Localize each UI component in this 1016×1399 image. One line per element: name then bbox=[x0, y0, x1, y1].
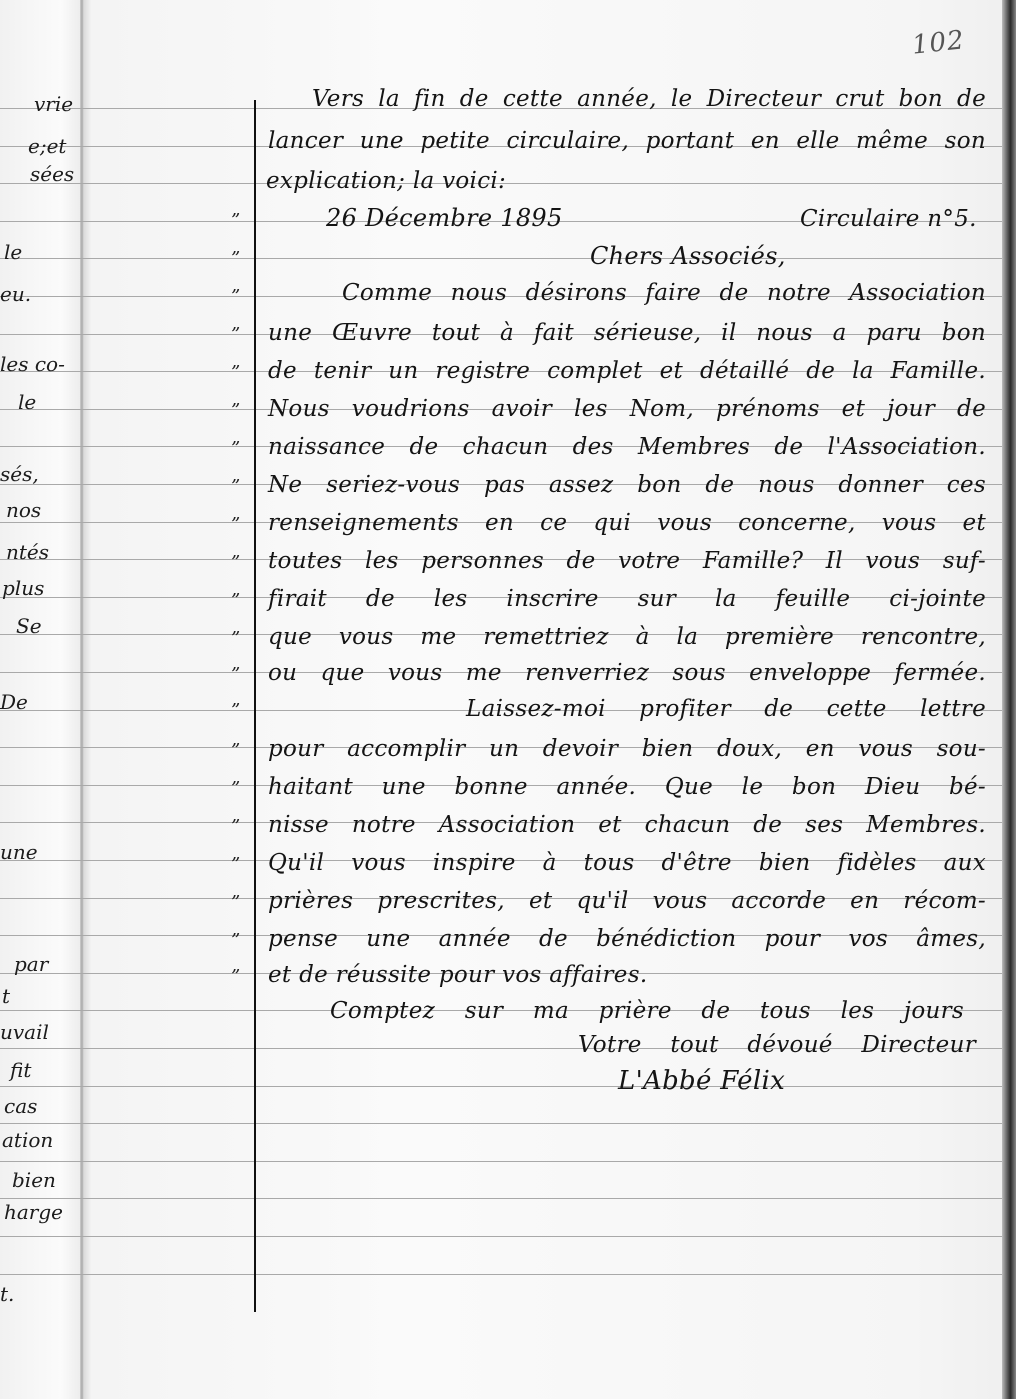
body-line: de tenir un registre complet et détaillé… bbox=[268, 358, 986, 384]
fragment: eu. bbox=[0, 282, 31, 306]
body-line: nisse notre Association et chacun de ses… bbox=[268, 812, 986, 838]
fragment: cas bbox=[4, 1094, 37, 1118]
margin-rule bbox=[254, 100, 256, 1312]
fragment: le bbox=[4, 240, 22, 264]
ditto-mark: ” bbox=[231, 476, 240, 497]
ditto-mark: ” bbox=[231, 892, 240, 913]
body-line: naissance de chacun des Membres de l'Ass… bbox=[268, 434, 986, 460]
ditto-mark: ” bbox=[231, 248, 240, 269]
body-line: pense une année de bénédiction pour vos … bbox=[268, 926, 986, 952]
ditto-mark: ” bbox=[231, 400, 240, 421]
ruled-line bbox=[0, 1236, 1002, 1237]
fragment: harge bbox=[4, 1200, 63, 1224]
fragment: les co- bbox=[0, 352, 65, 376]
fragment: une bbox=[0, 840, 38, 864]
fragment: e;et bbox=[28, 134, 66, 158]
ledger-page: 102 vrie e;et sées le eu. les co- le sés… bbox=[0, 0, 1016, 1399]
ditto-mark: ” bbox=[231, 590, 240, 611]
ditto-mark: ” bbox=[231, 362, 240, 383]
fragment: sés, bbox=[0, 462, 39, 486]
signoff-line: Votre tout dévoué Directeur bbox=[578, 1032, 976, 1058]
body-line: pour accomplir un devoir bien doux, en v… bbox=[268, 736, 986, 762]
ditto-mark: ” bbox=[231, 552, 240, 573]
ditto-mark: ” bbox=[231, 324, 240, 345]
intro-line: explication; la voici: bbox=[266, 168, 506, 194]
fragment: ation bbox=[2, 1128, 53, 1152]
ditto-mark: ” bbox=[231, 210, 240, 231]
body-line: haitant une bonne année. Que le bon Dieu… bbox=[268, 774, 986, 800]
ruled-line bbox=[0, 1161, 1002, 1162]
ditto-mark: ” bbox=[231, 286, 240, 307]
fragment: De bbox=[0, 690, 28, 714]
fragment: nos bbox=[6, 498, 41, 522]
closing-line: Comptez sur ma prière de tous les jours bbox=[330, 998, 964, 1024]
fragment: vrie bbox=[34, 92, 73, 116]
body-line: que vous me remettriez à la première ren… bbox=[268, 624, 986, 650]
ditto-mark: ” bbox=[231, 854, 240, 875]
body-line: Laissez-moi profiter de cette lettre bbox=[466, 696, 986, 722]
ditto-mark: ” bbox=[231, 740, 240, 761]
ruled-line bbox=[0, 1086, 1002, 1087]
ruled-line bbox=[0, 1274, 1002, 1275]
fragment: par bbox=[14, 952, 48, 976]
body-line: firait de les inscrire sur la feuille ci… bbox=[268, 586, 986, 612]
ruled-line bbox=[0, 1198, 1002, 1199]
fragment: uvail bbox=[0, 1020, 49, 1044]
fragment: t bbox=[2, 984, 10, 1008]
fragment: t. bbox=[0, 1282, 14, 1306]
fragment: plus bbox=[2, 576, 44, 600]
fragment: bien bbox=[12, 1168, 56, 1192]
book-edge bbox=[1002, 0, 1016, 1399]
letter-date: 26 Décembre 1895 bbox=[326, 204, 563, 232]
fragment: Se bbox=[16, 614, 42, 638]
ruled-line bbox=[0, 258, 1002, 259]
ditto-mark: ” bbox=[231, 514, 240, 535]
body-line: Nous voudrions avoir les Nom, prénoms et… bbox=[268, 396, 986, 422]
body-line: ou que vous me renverriez sous enveloppe… bbox=[268, 660, 986, 686]
intro-line: Vers la fin de cette année, le Directeur… bbox=[312, 86, 986, 112]
body-line: prières prescrites, et qu'il vous accord… bbox=[268, 888, 986, 914]
body-line: Ne seriez-vous pas assez bon de nous don… bbox=[268, 472, 986, 498]
salutation: Chers Associés, bbox=[590, 242, 786, 270]
circular-number: Circulaire n°5. bbox=[800, 206, 977, 232]
ditto-mark: ” bbox=[231, 700, 240, 721]
intro-line: lancer une petite circulaire, portant en… bbox=[268, 128, 986, 154]
ditto-mark: ” bbox=[231, 816, 240, 837]
fragment: le bbox=[18, 390, 36, 414]
body-line: toutes les personnes de votre Famille? I… bbox=[268, 548, 986, 574]
body-line: et de réussite pour vos affaires. bbox=[268, 962, 647, 988]
body-line: Qu'il vous inspire à tous d'être bien fi… bbox=[268, 850, 986, 876]
ditto-mark: ” bbox=[231, 778, 240, 799]
body-line: renseignements en ce qui vous concerne, … bbox=[268, 510, 986, 536]
ditto-mark: ” bbox=[231, 628, 240, 649]
ditto-mark: ” bbox=[231, 966, 240, 987]
ditto-mark: ” bbox=[231, 438, 240, 459]
ditto-mark: ” bbox=[231, 930, 240, 951]
fragment: ntés bbox=[6, 540, 49, 564]
body-line: Comme nous désirons faire de notre Assoc… bbox=[342, 280, 986, 306]
body-line: une Œuvre tout à fait sérieuse, il nous … bbox=[268, 320, 986, 346]
ruled-line bbox=[0, 1123, 1002, 1124]
signature: L'Abbé Félix bbox=[618, 1066, 785, 1096]
fragment: fit bbox=[10, 1058, 31, 1082]
ditto-mark: ” bbox=[231, 664, 240, 685]
page-number: 102 bbox=[911, 25, 966, 60]
fragment: sées bbox=[30, 162, 74, 186]
